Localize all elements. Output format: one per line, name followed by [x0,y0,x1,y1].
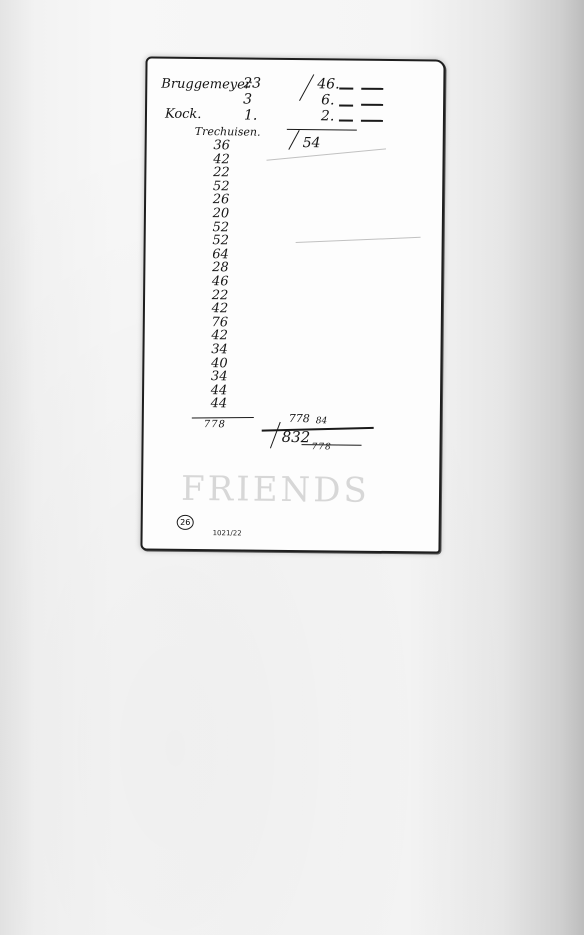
entry-amount-3: 2. [321,108,335,124]
value: 44 [199,397,239,411]
entry-name-1: Bruggemeyer [161,77,251,93]
entry-qty-2: 3 [243,91,252,107]
summary-line1: 778 [289,412,310,425]
section-label: Trechuisen. [195,125,261,139]
subtotal: 54 [303,135,321,151]
ledger-card: Bruggemeyer 23 3 Kock. 1. 46. 6. 2. 54 T… [140,56,445,553]
value: 42 [200,302,240,316]
summary-line1-note: 84 [316,416,328,426]
value: 22 [201,166,241,180]
value-column: 36 42 22 52 26 20 52 52 64 28 46 22 42 7… [199,139,242,411]
entry-qty-3: 1. [244,107,258,123]
faded-stamp: FRIENDS [181,469,370,511]
catalog-number: 1021/22 [213,529,242,537]
value: 46 [200,275,240,289]
entry-name-3: Kock. [165,107,202,122]
summary-line2-note: 778 [311,442,331,452]
page-number: 26 [177,515,194,530]
entry-amount-1: 46. [317,76,339,92]
value: 20 [201,207,241,221]
entry-amount-2: 6. [321,92,335,108]
value: 52 [201,234,241,248]
value: 34 [199,343,239,357]
value: 36 [202,139,242,153]
entry-qty-1: 23 [243,75,261,91]
column-total: 778 [204,419,226,430]
value: 34 [199,370,239,384]
